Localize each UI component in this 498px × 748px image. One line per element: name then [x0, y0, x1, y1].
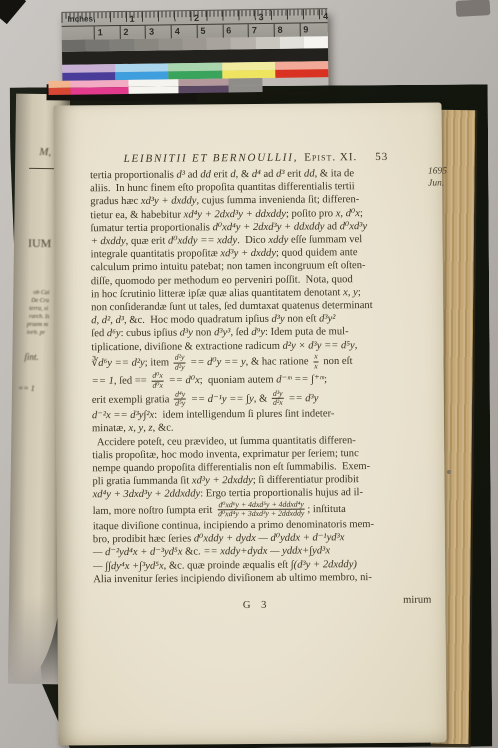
text-run: , &c. Hoc modo quadratum ipſius [124, 314, 272, 326]
color-patch [70, 80, 128, 95]
facing-page-fragment: De Cru [31, 298, 49, 304]
math-run: == d³y [286, 393, 319, 404]
grayscale-step [86, 39, 110, 51]
text-run: ; poſito pro [286, 208, 336, 219]
ruler-inches-label: Inches [67, 14, 92, 23]
text-run: lam, more noſtro ſumpta erit [93, 505, 215, 517]
text-line: Alia invenitur ſeries incipiendo diviſio… [93, 570, 433, 586]
grayscale-step [279, 36, 303, 48]
margin-date-month: Jun. [428, 177, 447, 189]
text-run: ad [261, 169, 276, 180]
ruler-cm-number: 6 [222, 24, 249, 37]
calibration-bar: Inches 1234 123456789 [61, 8, 328, 94]
fraction-denominator: d²x [272, 399, 284, 408]
fraction: d²yd²y [174, 353, 186, 372]
ruler-cm-number: 2 [119, 26, 146, 39]
grayscale-step [183, 38, 207, 50]
ruler-cm-digit: 6 [226, 25, 231, 35]
ruler-cm-number: 5 [196, 25, 223, 38]
text-run: ad [185, 169, 200, 180]
ruler-inch-number: 2 [194, 13, 199, 23]
fraction: d⁰xd⁰x [151, 372, 164, 391]
math-run: d²y × d³y == d⁵y [283, 340, 355, 352]
text-run: eſſe ſummam vel [288, 234, 362, 246]
math-run: == d⁰x [166, 375, 200, 386]
math-run: d⁰x [346, 208, 360, 219]
ruler-cm-digit: 2 [123, 27, 128, 37]
text-run: , &c. [153, 423, 174, 434]
ruler-cm-number: 3 [145, 25, 172, 38]
text-run: ad [324, 221, 339, 232]
math-run: d⁴ [252, 169, 261, 180]
catchword: mirum [403, 595, 431, 606]
book-scan-photo: Inches 1234 123456789 M,IUMob CaiDe Crut… [0, 0, 498, 748]
text-run: : idem intelligendum ſi plures ſint inde… [154, 408, 334, 420]
color-patch [115, 63, 168, 80]
fraction: d³yd²x [272, 389, 284, 408]
text-run: ſumatur tertia proportionalis [90, 222, 212, 234]
text-run: , cujus ſumma invenienda ſit; differen- [196, 195, 359, 207]
math-run: == xddy+dydx — yddx+∫yd³x [203, 546, 330, 558]
text-run: non eſt [321, 356, 353, 367]
facing-page-fragment: == 1 [18, 384, 35, 393]
text-run: , ſed == [114, 376, 150, 387]
ruler-cm-digit: 4 [175, 26, 180, 36]
math-run: == d⁰y == y [187, 357, 245, 368]
text-run: : Idem puta de mul- [265, 327, 349, 339]
math-run: d⁻ᵐ == ∫⁺ᵐ [276, 374, 324, 385]
color-patch [169, 63, 222, 80]
math-run: d³ [116, 315, 125, 326]
text-run: aliis. In hunc finem eſto propoſita quan… [90, 181, 355, 194]
color-patch-row-2 [48, 78, 262, 95]
color-patch [178, 79, 228, 94]
text-run: ; quoniam autem [200, 375, 277, 387]
grayscale-step [231, 37, 255, 49]
book-page: LEIBNITII ET BERNOULLII, Epist. XI. 53 1… [53, 102, 446, 745]
text-run: ; quod quidem ante [276, 247, 358, 259]
ruler-inch-number: 4 [323, 11, 328, 21]
facing-page-fragment: ſint. [24, 352, 38, 362]
grayscale-step [159, 38, 183, 50]
text-run: ; [324, 374, 327, 385]
text-run: , & ita de [315, 168, 355, 179]
text-run: . Dico [237, 235, 268, 246]
color-patch [275, 61, 328, 78]
ruler-inch-number: 1 [129, 14, 134, 24]
math-run: d⁹y [251, 327, 265, 338]
signature-mark: G 3 [243, 600, 271, 611]
math-run: d³y [271, 314, 284, 325]
text-run: ; inſtituta [307, 503, 346, 514]
math-run: d⁰xd⁴y + 2dxd³y + ddxddy [213, 221, 325, 233]
text-run: nempe quando propoſita differentialis no… [92, 461, 370, 474]
text-run: ſed [91, 329, 107, 340]
grayscale-step [207, 37, 231, 49]
math-run: d³y [180, 328, 193, 339]
text-run: ; [360, 208, 363, 219]
calibration-ruler: Inches 1234 123456789 [61, 8, 327, 40]
math-run: xd⁴y + 3dxd³y + 2ddxddy [93, 489, 201, 501]
text-run: ; ſi differentiatur prodibit [253, 474, 359, 486]
facing-page-fragment: iorb. pr [27, 330, 45, 336]
math-run: xd³y + dxddy [141, 196, 197, 207]
text-run: gradus hæc [90, 196, 141, 207]
patch-bottom [228, 85, 262, 92]
text-run: &c. [182, 547, 203, 558]
patch-bottom [178, 86, 228, 94]
math-run: + dxddy [91, 236, 126, 247]
text-run: , &c. quæ proinde æqualis eſt [164, 559, 291, 571]
patch-bottom [128, 86, 178, 94]
text-run: tialis propoſitæ, hoc modo inventa, expr… [92, 448, 359, 461]
grayscale-step [255, 37, 279, 49]
color-patch [48, 81, 70, 95]
corner-clip-left [0, 0, 26, 24]
ruler-cm-number: 7 [248, 24, 275, 37]
fraction-denominator: d²y [174, 363, 186, 372]
body-text: tertia proportionalis d³ ad dd erit d, &… [90, 167, 433, 587]
ruler-cm-digit: 9 [303, 24, 308, 34]
facing-page-fragment: IUM [28, 236, 52, 251]
facing-page-fragment: M, [39, 146, 51, 158]
fraction: d⁴yd⁵y [174, 390, 186, 409]
signature-line: G 3 mirum [93, 599, 433, 616]
patch-bottom [71, 87, 129, 95]
facing-page-fragment: rarch. Is [29, 314, 50, 320]
running-head: LEIBNITII ET BERNOULLII, Epist. XI. 53 [84, 151, 428, 166]
text-run: : cubus ipſius [121, 328, 180, 339]
math-run: xd³y + dxddy [220, 248, 276, 259]
fraction: d⁰xd⁶y + 4dxd⁵y + 4ddxd⁴yd⁰xd⁴y + 3dxd³y… [217, 500, 305, 519]
text-run: , ſed [230, 327, 251, 338]
text-run: ; [358, 287, 361, 298]
text-run: tiplicatione, diviſione & extractione ra… [91, 340, 282, 353]
math-run: d⁻²x == d³y∫²x [92, 410, 154, 421]
ruler-cm-digit: 5 [200, 26, 205, 36]
text-run: , & [254, 393, 270, 404]
facing-page-fragment: ob Cai [33, 290, 49, 296]
math-run: d³ [176, 170, 185, 181]
color-patch [222, 62, 275, 79]
grayscale-step [304, 36, 328, 48]
text-run: calculum primo intuitu patebat; non tame… [91, 261, 366, 274]
page-number: 53 [375, 151, 388, 163]
grayscale-step [134, 39, 158, 51]
math-run: ∛d⁶y == d²y [91, 357, 144, 368]
grayscale-step [110, 39, 134, 51]
text-run: non conſiderandæ ſunt ut tales, ſed dumt… [91, 300, 373, 313]
math-run: — ∫∫dy⁴x +∫³yd⁵x [93, 560, 164, 572]
ruler-cm-digit: 8 [278, 25, 283, 35]
math-run: d⁶y [107, 328, 121, 339]
text-run: pli gratia ſummanda ſit [92, 476, 192, 488]
ruler-inch-number: 3 [258, 12, 263, 22]
facing-page-fade [8, 594, 63, 685]
math-run: d⁰xddy + dydx — d⁰yddx + d⁻¹yd³x [194, 532, 345, 544]
math-run: == d⁻¹y == ∫y [188, 393, 254, 405]
text-run: integrale quantitatis propoſitæ [91, 248, 221, 260]
math-run: d³y² [319, 314, 335, 325]
text-run: in hoc ſcrutinio litteræ ipſæ quæ alias … [91, 287, 343, 300]
ruler-cm-digit: 3 [149, 27, 154, 37]
text-run: itaque diviſione continua, incipiendo a … [93, 519, 374, 532]
math-run: ∫(d³y + 2dxddy) [291, 559, 357, 571]
text-run: , & [236, 169, 252, 180]
text-run: : Ergo tertia proportionalis hujus ad il… [200, 487, 363, 499]
text-run: , [355, 340, 358, 351]
text-run: erit [211, 169, 231, 180]
text-run: tertia proportionalis [90, 170, 177, 182]
text-run: tietur ea, & habebitur [90, 209, 183, 221]
math-run: xd³y + 2dxddy [192, 475, 253, 486]
math-run: dd [200, 169, 211, 180]
ruler-cm-number: 9 [299, 23, 326, 36]
text-run: Accidere poteſt, ceu prævideo, ut ſumma … [92, 435, 356, 448]
math-run: d³ [276, 169, 285, 180]
patch-bottom [275, 69, 328, 78]
header-title: LEIBNITII ET BERNOULLII, [123, 152, 298, 165]
ruler-cm-number: 4 [171, 25, 198, 38]
math-run: xddy [268, 235, 288, 246]
patch-bottom [49, 88, 71, 95]
text-run: ; item [145, 357, 172, 368]
color-patch [62, 64, 115, 81]
ruler-cm-number: 8 [274, 24, 301, 37]
corner-clip-right [456, 0, 491, 17]
math-run: — d⁻²yd⁴x + d⁻³yd⁵x [93, 547, 183, 559]
header-epist: Epist. XI. [304, 151, 357, 163]
text-run: Alia invenitur ſeries incipiendo diviſio… [93, 572, 372, 585]
margin-date-year: 1695 [428, 165, 447, 177]
facing-page-fragment: terra, si [29, 306, 48, 312]
fraction-denominator: x [313, 362, 319, 371]
facing-page-fragment: praem m [27, 322, 48, 328]
fraction-denominator: d⁵y [174, 400, 186, 409]
ruler-cm-number: 1 [94, 26, 121, 39]
text-run: , & hac ratione [246, 356, 312, 368]
margin-date: 1695 Jun. [428, 165, 447, 189]
fore-edge-speck [447, 470, 451, 474]
math-run: d² [102, 315, 111, 326]
text-run: erit exempli gratia [92, 394, 172, 406]
ruler-cm-digit: 7 [252, 25, 257, 35]
fraction-denominator: d⁰x [151, 382, 164, 391]
math-run: d⁰xd³y [340, 221, 368, 232]
color-patch [228, 78, 262, 92]
text-run: diſſe, quomodo per methodum eo perveniri… [91, 274, 353, 287]
ruler-cm-digit: 1 [98, 27, 103, 37]
text-run: , quæ erit [126, 236, 168, 247]
math-run: == 1 [92, 376, 114, 387]
fraction: xx [313, 352, 319, 370]
math-run: dd [304, 168, 315, 179]
grayscale-step [62, 40, 86, 52]
text-run: bro, prodibit hæc ſeries [93, 534, 194, 546]
text-run: non eſt [285, 314, 320, 325]
text-run: erit [285, 169, 305, 180]
math-run: xd⁴y + 2dxd³y + ddxddy [184, 208, 286, 220]
color-patch-row-1 [62, 61, 328, 81]
text-run: minatæ, [92, 423, 129, 434]
color-patch [128, 79, 178, 94]
math-run: d⁰xddy == xddy [168, 235, 237, 247]
math-run: d³y³ [214, 328, 230, 339]
text-run: non [193, 328, 214, 339]
